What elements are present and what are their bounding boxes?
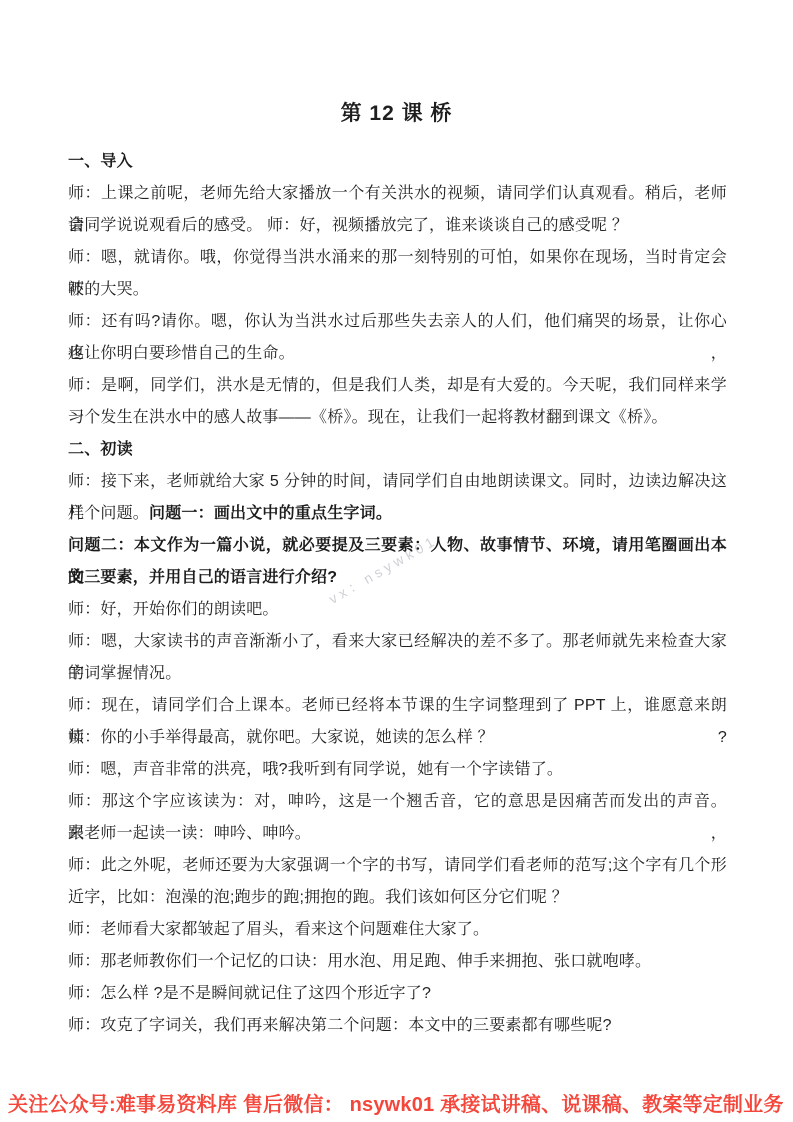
text-segment: 师：好，开始你们的朗读吧。 <box>68 601 279 618</box>
document-body: 一、导入师：上课之前呢，老师先给大家播放一个有关洪水的视频，请同学们认真观看。稍… <box>68 146 727 1042</box>
text-segment: 吓的大哭。 <box>68 281 149 298</box>
text-line: 师：好，开始你们的朗读吧。 <box>68 594 727 626</box>
text-segment: 师：你的小手举得最高，就你吧。大家说，她读的怎么样 ？ <box>68 729 494 746</box>
text-line: 一个发生在洪水中的感人故事——《桥》。现在，让我们一起将教材翻到课文《桥》。 <box>68 402 727 434</box>
text-segment: 的三要素，并用自己的语言进行介绍? <box>68 569 337 586</box>
footer-promo: 关注公众号:难事易资料库 售后微信： nsywk01 承接试讲稿、说课稿、教案等… <box>8 1088 793 1117</box>
text-segment: 几个问题。 <box>68 505 149 522</box>
text-segment: 近字，比如：泡澡的泡;跑步的跑;拥抱的跑。我们该如何区分它们呢 ？ <box>68 889 568 906</box>
text-segment: 一个发生在洪水中的感人故事——《桥》。现在，让我们一起将教材翻到课文《桥》。 <box>68 409 668 426</box>
text-segment: 请同学说说观看后的感受。 师：好，视频播放完了，谁来谈谈自己的感受呢 ？ <box>68 217 628 234</box>
text-line: 字词掌握情况。 <box>68 658 727 690</box>
text-segment: 二、初读 <box>68 441 133 458</box>
text-segment: 师：老师看大家都皱起了眉头，看来这个问题难住大家了。 <box>68 921 489 938</box>
text-line: 师：接下来，老师就给大家 5 分钟的时间，请同学们自由地朗读课文。同时，边读边解… <box>68 466 727 498</box>
document-title: 第 12 课 桥 <box>0 97 793 127</box>
text-segment: 字词掌握情况。 <box>68 665 181 682</box>
text-line: 师：嗯，声音非常的洪亮，哦?我听到有同学说，她有一个字读错了。 <box>68 754 727 786</box>
text-segment: 师：怎么样 ?是不是瞬间就记住了这四个形近字了? <box>68 985 431 1002</box>
text-line: 师：攻克了字词关，我们再来解决第二个问题：本文中的三要素都有哪些呢? <box>68 1010 727 1042</box>
text-segment: 也让你明白要珍惜自己的生命。 <box>68 345 295 362</box>
text-line: 吓的大哭。 <box>68 274 727 306</box>
text-line: 师：嗯，大家读书的声音渐渐小了，看来大家已经解决的差不多了。那老师就先来检查大家… <box>68 626 727 658</box>
text-line: 二、初读 <box>68 434 727 466</box>
text-line: 师：是啊，同学们，洪水是无情的，但是我们人类，却是有大爱的。今天呢，我们同样来学… <box>68 370 727 402</box>
text-line: 近字，比如：泡澡的泡;跑步的跑;拥抱的跑。我们该如何区分它们呢 ？ <box>68 882 727 914</box>
text-segment: 师：攻克了字词关，我们再来解决第二个问题：本文中的三要素都有哪些呢? <box>68 1017 612 1034</box>
text-segment: 师：此之外呢，老师还要为大家强调一个字的书写，请同学们看老师的范写;这个字有几个… <box>68 857 727 874</box>
text-segment: 师：嗯，声音非常的洪亮，哦?我听到有同学说，她有一个字读错了。 <box>68 761 563 778</box>
text-line: 请同学说说观看后的感受。 师：好，视频播放完了，谁来谈谈自己的感受呢 ？ <box>68 210 727 242</box>
document-page: 第 12 课 桥 一、导入师：上课之前呢，老师先给大家播放一个有关洪水的视频，请… <box>0 0 793 1122</box>
text-line: 师：现在，请同学们合上课本。老师已经将本节课的生字词整理到了 PPT 上，谁愿意… <box>68 690 727 722</box>
text-segment: 一、导入 <box>68 153 133 170</box>
text-line: 师：老师看大家都皱起了眉头，看来这个问题难住大家了。 <box>68 914 727 946</box>
text-line: 师：嗯，就请你。哦，你觉得当洪水涌来的那一刻特别的可怕，如果你在现场，当时肯定会… <box>68 242 727 274</box>
text-line: 师：那老师教你们一个记忆的口诀：用水泡、用足跑、伸手来拥抱、张口就咆哮。 <box>68 946 727 978</box>
text-segment: 跟老师一起读一读：呻吟、呻吟。 <box>68 825 311 842</box>
text-line: 师：那这个字应该读为：对，呻吟，这是一个翘舌音，它的意思是因痛苦而发出的声音。来… <box>68 786 727 818</box>
text-segment: 师：那老师教你们一个记忆的口诀：用水泡、用足跑、伸手来拥抱、张口就咆哮。 <box>68 953 651 970</box>
text-segment: 问题一：画出文中的重点生字词。 <box>149 505 392 522</box>
text-line: 几个问题。问题一：画出文中的重点生字词。 <box>68 498 727 530</box>
text-line: 问题二：本文作为一篇小说，就必要提及三要素：人物、故事情节、环境，请用笔圈画出本… <box>68 530 727 562</box>
text-line: 的三要素，并用自己的语言进行介绍? <box>68 562 727 594</box>
text-line: 师：上课之前呢，老师先给大家播放一个有关洪水的视频，请同学们认真观看。稍后，老师… <box>68 178 727 210</box>
text-line: 一、导入 <box>68 146 727 178</box>
text-line: 师：此之外呢，老师还要为大家强调一个字的书写，请同学们看老师的范写;这个字有几个… <box>68 850 727 882</box>
text-line: 师：还有吗?请你。嗯，你认为当洪水过后那些失去亲人的人们，他们痛哭的场景，让你心… <box>68 306 727 338</box>
text-line: 师：怎么样 ?是不是瞬间就记住了这四个形近字了? <box>68 978 727 1010</box>
